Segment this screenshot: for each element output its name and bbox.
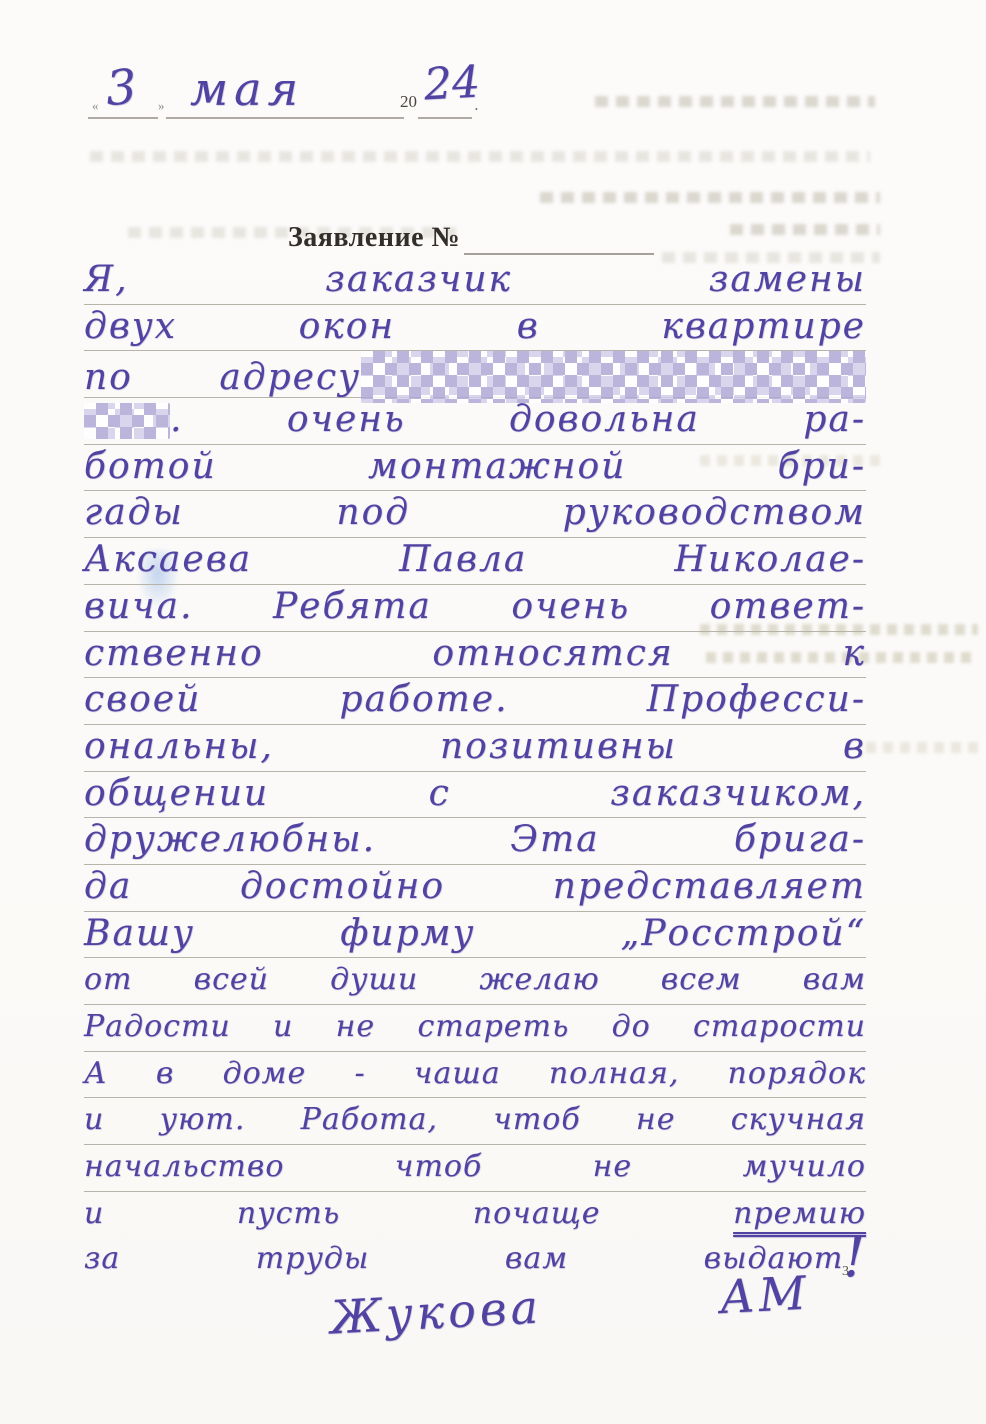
bleedthrough-text	[730, 224, 880, 235]
line-text: и пусть почаще	[84, 1196, 601, 1231]
bleedthrough-text	[90, 151, 870, 162]
line-text: Радости и не стареть до старости	[84, 1009, 866, 1044]
date-day-handwritten: 3	[104, 59, 138, 117]
date-period: .	[474, 96, 479, 114]
application-number-blank-line	[464, 253, 654, 255]
handwritten-line: да достойно представляет	[84, 865, 866, 912]
line-text: двух окон в квартире	[84, 306, 866, 347]
line-text: от всей души желаю всем вам	[84, 962, 866, 997]
date-blank-line	[88, 117, 158, 119]
handwritten-line: вича. Ребята очень ответ-	[84, 585, 866, 632]
handwritten-line: своей работе. Професси-	[84, 678, 866, 725]
line-text: А в доме - чаша полная, порядок	[84, 1056, 866, 1091]
open-quote-mark: «	[92, 98, 99, 114]
form-title: Заявление №	[288, 222, 460, 254]
line-text: Я, заказчик замены	[84, 259, 866, 300]
handwritten-line: ональны, позитивны в	[84, 725, 866, 772]
date-blank-line	[418, 117, 472, 119]
handwritten-line: начальство чтоб не мучило	[84, 1145, 866, 1192]
date-line: « 3 » мая 20 24 .	[0, 0, 986, 140]
line-text: гады под руководством	[84, 492, 866, 533]
line-text: и уют. Работа, чтоб не скучная	[84, 1102, 866, 1137]
line-text: Аксаева Павла Николае-	[84, 539, 866, 580]
bleedthrough-text	[866, 742, 978, 753]
handwritten-line: и уют. Работа, чтоб не скучная	[84, 1098, 866, 1145]
redacted-text-mosaic	[84, 403, 170, 439]
line-text: своей работе. Професси-	[84, 679, 866, 720]
line-text: общении с заказчиком,	[84, 773, 866, 814]
handwritten-line: Я, заказчик замены	[84, 258, 866, 305]
handwritten-line: Вашу фирму „Росстрой“	[84, 912, 866, 959]
line-text: . очень довольна ра-	[170, 399, 866, 440]
line-text: ботой монтажной бри-	[84, 446, 866, 487]
line-text: ональны, позитивны в	[84, 726, 866, 767]
line-text: Вашу фирму „Росстрой“	[84, 913, 866, 954]
scanned-handwritten-review-page: { "date_line": { "open_quote": "«", "day…	[0, 0, 986, 1424]
handwritten-line: Радости и не стареть до старости	[84, 1005, 866, 1052]
date-month-handwritten: мая	[190, 62, 304, 116]
handwritten-line: ботой монтажной бри-	[84, 445, 866, 492]
handwritten-line: дружелюбны. Эта брига-	[84, 818, 866, 865]
page-number: 3	[842, 1264, 849, 1280]
handwritten-line: ственно относятся к	[84, 632, 866, 679]
bleedthrough-text	[540, 192, 880, 203]
line-text: вича. Ребята очень ответ-	[84, 586, 866, 627]
handwritten-line: от всей души желаю всем вам	[84, 958, 866, 1005]
handwritten-line: общении с заказчиком,	[84, 772, 866, 819]
line-text: по адресу	[84, 357, 361, 398]
handwritten-line: . очень довольна ра-	[84, 398, 866, 445]
handwritten-line: и пусть почаще премию	[84, 1192, 866, 1238]
handwritten-line: Аксаева Павла Николае-	[84, 538, 866, 585]
handwritten-body: Я, заказчик замены двух окон в квартире …	[84, 258, 866, 1283]
date-year-handwritten: 24	[423, 57, 482, 111]
handwritten-line: А в доме - чаша полная, порядок	[84, 1052, 866, 1099]
line-text: ственно относятся к	[84, 633, 866, 674]
year-prefix-printed: 20	[400, 92, 417, 112]
handwritten-line: по адресу	[84, 351, 866, 398]
line-text: да достойно представляет	[84, 866, 866, 907]
redacted-address-mosaic	[361, 351, 866, 403]
handwritten-line: двух окон в квартире	[84, 305, 866, 352]
handwritten-line: гады под руководством	[84, 491, 866, 538]
line-text: дружелюбны. Эта брига-	[84, 819, 866, 860]
date-blank-line	[166, 117, 404, 119]
line-text: начальство чтоб не мучило	[84, 1149, 866, 1184]
close-quote-mark: »	[158, 98, 165, 114]
